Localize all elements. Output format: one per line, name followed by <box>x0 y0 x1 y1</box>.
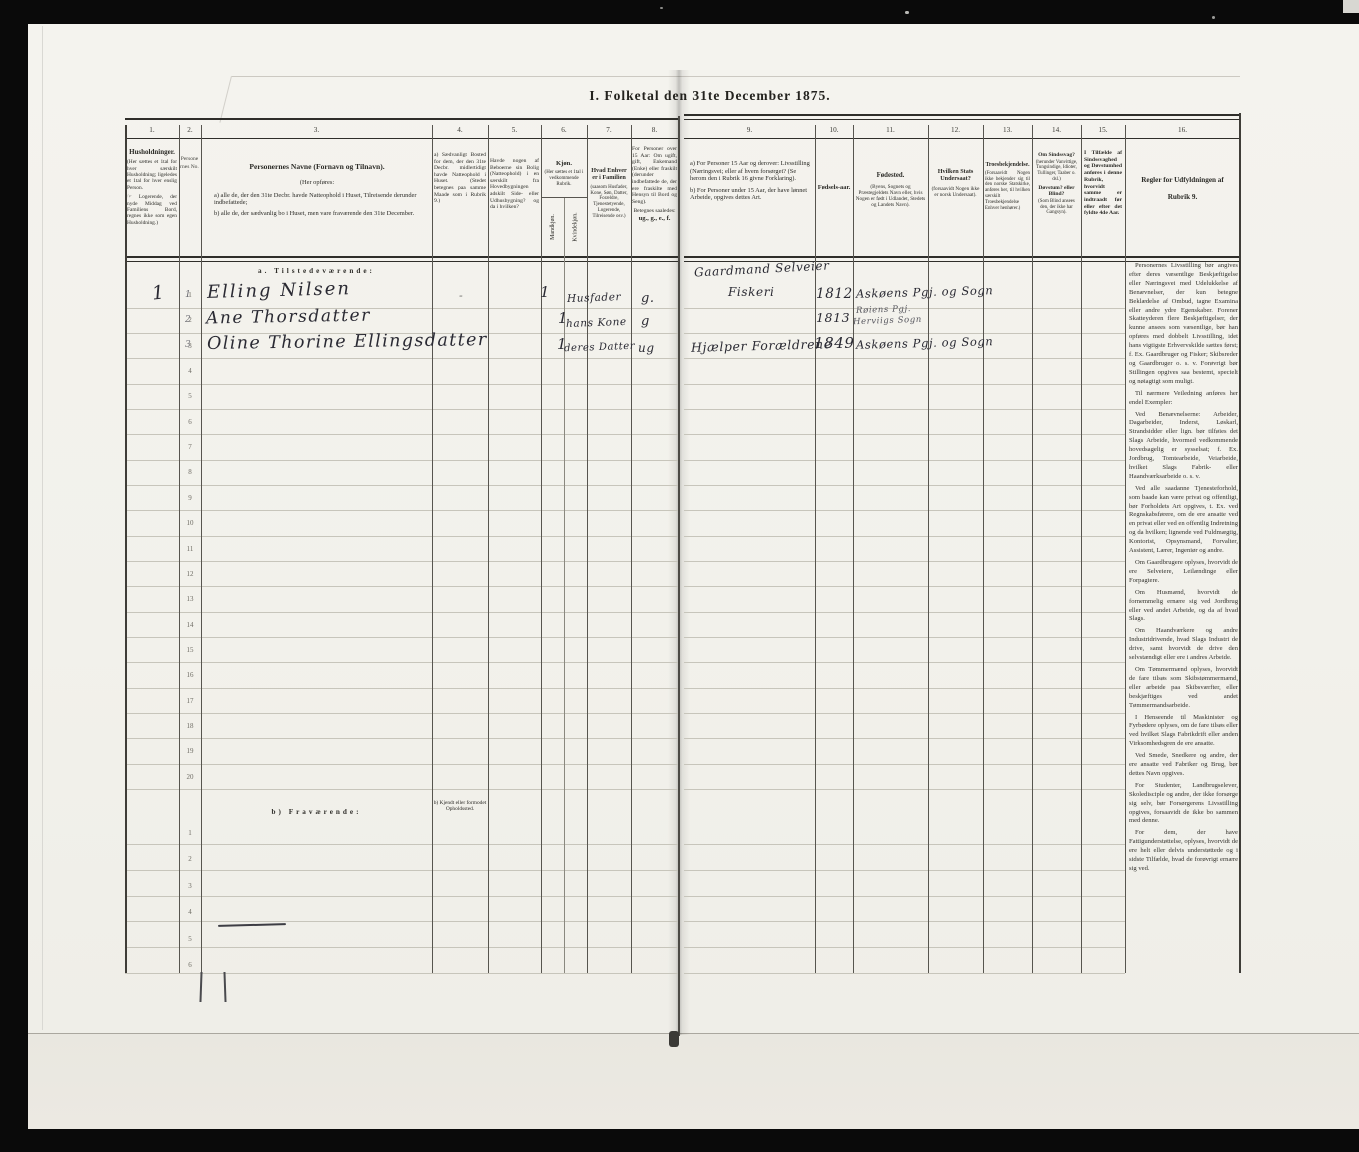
row-number: 10 <box>179 519 201 527</box>
table-rule <box>684 119 1240 120</box>
row-line <box>125 870 678 871</box>
table-rule <box>684 114 1240 116</box>
table-rule <box>125 261 678 262</box>
instructions-paragraph: Personernes Livsstilling bør angives eft… <box>1129 262 1238 387</box>
column-number-label: 13. <box>983 126 1032 134</box>
table-rule <box>125 118 678 120</box>
column-line <box>631 125 632 973</box>
instructions-paragraph: Om Gaardbrugere oplyses, hvorvidt de ere… <box>1129 559 1238 586</box>
header-col12: Hvilken Stats Undersaat? (forsaavidt Nog… <box>930 168 981 198</box>
header-col13: Troesbekjendelse. (Forsaavidt Nogen ikke… <box>985 162 1030 211</box>
column-number-label: 3. <box>201 126 432 134</box>
column-number-label: 6. <box>541 126 587 134</box>
header-col7-title: Hvad Enhver er i Familien <box>588 167 630 182</box>
header-col11-title: Fødested. <box>855 172 926 180</box>
row-line <box>125 434 678 435</box>
row-line <box>125 586 678 587</box>
column-line <box>488 125 489 973</box>
header-col3-a: a) alle de, der den 31te Decbr. havde Na… <box>210 192 424 207</box>
row-line <box>684 409 1125 410</box>
marital-status: g. <box>641 291 655 306</box>
household-number: 1 <box>151 281 166 304</box>
header-col6-note: (Her sættes et 1tal i vedkommende Rubrik… <box>543 170 585 188</box>
row-line <box>684 434 1125 435</box>
row-number: 20 <box>179 773 201 781</box>
row-line <box>684 947 1125 948</box>
row-line <box>125 612 678 613</box>
row-number: 8 <box>179 468 201 476</box>
header-col8: For Personer over 15 Aar: Om ugift, gift… <box>632 146 677 223</box>
header-col3-b: b) alle de, der sædvanlig bo i Huset, me… <box>210 210 424 218</box>
header-col9-a: a) For Personer 15 Aar og derover: Livss… <box>690 160 812 183</box>
marital-status: g <box>641 314 650 329</box>
row-line <box>684 713 1125 714</box>
row-number: 15 <box>179 646 201 654</box>
header-col4: a) Sædvanligt Bosted for dem, der den 31… <box>434 152 486 205</box>
header-col13-title: Troesbekjendelse. <box>985 162 1030 169</box>
column-number-label: 5. <box>488 126 541 134</box>
row-number: 1 <box>179 829 201 837</box>
instructions-paragraph: I Henseende til Maskinister og Fyrbødere… <box>1129 714 1238 750</box>
row-number: 6 <box>179 418 201 426</box>
header-col3-sub: (Her opføres: <box>210 179 424 187</box>
row-line <box>684 764 1125 765</box>
birth-place-line1: Røiens Pgj. <box>856 304 911 316</box>
row-line <box>125 764 678 765</box>
row-line <box>125 536 678 537</box>
header-col1-note: (Her sættes et 1tal for hver særskilt Hu… <box>127 159 177 191</box>
header-col12-note: (forsaavidt Nogen ikke er norsk Undersaa… <box>930 186 981 198</box>
row-line <box>684 612 1125 613</box>
row-line <box>684 844 1125 845</box>
row-line <box>125 510 678 511</box>
row-number: 18 <box>179 722 201 730</box>
header-col6-female: Kvindekjøn. <box>564 199 587 255</box>
row-line <box>684 870 1125 871</box>
row-number: 2 <box>179 855 201 863</box>
male-mark: 1 <box>540 283 550 301</box>
header-col7-note: (saasom Husfader, Kone, Søn, Datter, For… <box>588 185 630 220</box>
table-rule <box>125 256 678 258</box>
instructions-paragraph: For dem, der have Fattigunderstøttelse, … <box>1129 829 1238 874</box>
header-col7: Hvad Enhver er i Familien (saasom Husfad… <box>588 167 630 220</box>
table-rule <box>125 138 678 139</box>
instructions-paragraph: Om Haandværkere og andre Industridrivend… <box>1129 627 1238 663</box>
row-line <box>125 561 678 562</box>
row-line <box>684 789 1125 790</box>
header-col3: Personernes Navne (Fornavn og Tilnavn). … <box>210 163 424 217</box>
instructions-paragraph: Til nærmere Veiledning anføres her endel… <box>1129 390 1238 408</box>
table-rule <box>684 256 1240 258</box>
column-number-label: 4. <box>432 126 488 134</box>
gender-header-line <box>541 197 587 198</box>
section-b-label: b) Fraværende: <box>201 808 432 816</box>
header-col2: Personernes No. <box>180 155 199 172</box>
header-col10: Fødsels-aar. <box>816 184 852 192</box>
table-border-left <box>125 125 127 973</box>
row-number: 13 <box>179 595 201 603</box>
male-column-label: Mandkjøn. <box>550 214 556 240</box>
header-col11: Fødested. (Byens, Sognets og Præstegjeld… <box>855 172 926 209</box>
row-number: 16 <box>179 671 201 679</box>
person-number: 3 <box>185 340 191 350</box>
row-line <box>684 921 1125 922</box>
column-line <box>432 125 433 973</box>
row-number: 11 <box>179 545 201 553</box>
header-col9: a) For Personer 15 Aar og derover: Livss… <box>690 160 812 202</box>
row-number: 12 <box>179 570 201 578</box>
row-line <box>125 384 678 385</box>
section-b-col4-note: b) Kjendt eller formodet Opholdssted. <box>433 800 487 813</box>
header-col1-title: Husholdninger. <box>127 148 177 156</box>
marital-status: ug <box>638 341 655 355</box>
birth-year: 1812 <box>816 286 853 302</box>
header-col1: Husholdninger. (Her sættes et 1tal for h… <box>127 148 177 226</box>
row-number: 9 <box>179 494 201 502</box>
header-col14-line1: Om Sindssvag? <box>1034 152 1079 159</box>
person-number: 1 <box>185 290 191 300</box>
row-number: 3 <box>179 882 201 890</box>
column-number-label: 15. <box>1081 126 1125 134</box>
row-line <box>684 510 1125 511</box>
rubrik9-instructions: Personernes Livsstilling bør angives eft… <box>1129 262 1238 877</box>
column-number-label: 11. <box>853 126 928 134</box>
column-line <box>587 125 588 973</box>
row-number: 4 <box>179 908 201 916</box>
column-line <box>983 125 984 973</box>
table-rule <box>684 138 1240 139</box>
row-line <box>125 973 678 974</box>
row-number: 6 <box>179 961 201 969</box>
row-line <box>125 485 678 486</box>
row-line <box>684 561 1125 562</box>
row-number: 5 <box>179 935 201 943</box>
column-number-label: 10. <box>815 126 853 134</box>
header-col14: Om Sindssvag? (herunder Vanvittige, Tung… <box>1034 152 1079 216</box>
column-number-label: 7. <box>587 126 631 134</box>
row-line <box>125 358 678 359</box>
census-form-scan: I. Folketal den 31te December 1875. 1.2.… <box>0 0 1359 1152</box>
column-line <box>815 125 816 973</box>
row-line <box>125 844 678 845</box>
row-line <box>125 637 678 638</box>
header-col14-line2: Døvstum? eller Blind? <box>1034 185 1079 198</box>
column-line <box>1081 125 1082 973</box>
row-line <box>684 973 1125 974</box>
header-col1-note2: ☞ Logerende, der nyde Middag ved Familie… <box>127 194 177 226</box>
row-line <box>684 358 1125 359</box>
instructions-paragraph: Ved Smede, Snedkere og andre, der ere an… <box>1129 752 1238 779</box>
header-col6-male: Mandkjøn. <box>541 199 564 255</box>
header-col12-title: Hvilken Stats Undersaat? <box>930 168 981 183</box>
header-col8-codes: ug., g., e., f. <box>632 215 677 223</box>
column-line <box>1125 125 1126 973</box>
family-position: hans Kone <box>566 316 627 330</box>
birth-year: 1813 <box>816 310 850 325</box>
row-number: 19 <box>179 747 201 755</box>
row-line <box>684 586 1125 587</box>
section-a-label: a. Tilstedeværende: <box>201 267 432 275</box>
row-number: 17 <box>179 697 201 705</box>
female-column-label: Kvindekjøn. <box>573 212 579 241</box>
column-line <box>928 125 929 973</box>
row-line <box>684 896 1125 897</box>
row-line <box>684 536 1125 537</box>
header-col6-title: Kjøn. <box>541 160 587 168</box>
row-line <box>684 637 1125 638</box>
column-number-label: 14. <box>1032 126 1081 134</box>
row-number: 5 <box>179 392 201 400</box>
row-number: 7 <box>179 443 201 451</box>
residence-mark: - <box>459 289 463 302</box>
header-col15: I Tilfælde af Sindssvaghed og Døvstumhed… <box>1084 150 1122 217</box>
column-number-label: 12. <box>928 126 983 134</box>
row-line <box>684 738 1125 739</box>
instructions-paragraph: Om Husmænd, hvorvidt de fornemmelig ernæ… <box>1129 589 1238 625</box>
row-number: 14 <box>179 621 201 629</box>
column-number-label: 2. <box>179 126 201 134</box>
row-line <box>684 688 1125 689</box>
instructions-paragraph: Om Tømmermænd oplyses, hvorvidt de fare … <box>1129 666 1238 711</box>
row-line <box>125 688 678 689</box>
header-col11-note: (Byens, Sognets og Præstegjeldets Navn e… <box>855 184 926 209</box>
person-name: Ane Thorsdatter <box>206 306 371 329</box>
row-line <box>125 947 678 948</box>
row-line <box>684 662 1125 663</box>
column-line <box>853 125 854 973</box>
row-line <box>125 713 678 714</box>
header-col13-note: (Forsaavidt Nogen ikke bekjender sig til… <box>985 171 1030 211</box>
column-number-label: 1. <box>125 126 179 134</box>
row-line <box>684 485 1125 486</box>
row-line <box>684 384 1125 385</box>
header-col3-title: Personernes Navne (Fornavn og Tilnavn). <box>210 163 424 172</box>
column-number-label: 16. <box>1125 126 1240 134</box>
row-line <box>125 789 678 790</box>
row-line <box>125 896 678 897</box>
header-col5: Havde nogen af Beboerne sin Bolig (Natte… <box>490 158 539 211</box>
row-line <box>684 333 1125 334</box>
family-position: Husfader <box>567 291 622 305</box>
row-line <box>125 662 678 663</box>
instructions-paragraph: Ved Benævnelserne: Arbeider, Dagarbeider… <box>1129 411 1238 482</box>
row-line <box>125 409 678 410</box>
column-number-label: 8. <box>631 126 678 134</box>
column-line <box>201 125 202 973</box>
row-line <box>125 460 678 461</box>
column-number-label: 9. <box>684 126 815 134</box>
person-number: 2 <box>185 315 191 325</box>
row-line <box>684 460 1125 461</box>
instructions-paragraph: Ved alle saadanne Tjenesteforhold, som b… <box>1129 485 1238 556</box>
birth-year: 1849 <box>814 334 855 352</box>
header-col14-note2: (Som Blind ansees den, der ikke har Gang… <box>1034 199 1079 216</box>
occupation-line2: Fiskeri <box>728 285 774 299</box>
row-line <box>125 738 678 739</box>
row-line <box>125 921 678 922</box>
header-col8-legend-label: Betegnes saaledes: <box>632 208 677 215</box>
row-number: 4 <box>179 367 201 375</box>
instructions-paragraph: For Studenter, Landbrugselever, Skoledis… <box>1129 782 1238 827</box>
table-border-right <box>1239 113 1241 973</box>
column-line <box>1032 125 1033 973</box>
header-col16: Regler for Udfyldningen af Rubrik 9. <box>1130 172 1235 207</box>
header-col9-b: b) For Personer under 15 Aar, der have l… <box>690 187 812 202</box>
person-name: Oline Thorine Ellingsdatter <box>207 330 488 354</box>
header-col14-note1: (herunder Vanvittige, Tungsindige, Idiot… <box>1034 160 1079 183</box>
header-col8-text: For Personer over 15 Aar: Om ugift, gift… <box>632 146 677 205</box>
person-name: Elling Nilsen <box>207 278 352 303</box>
